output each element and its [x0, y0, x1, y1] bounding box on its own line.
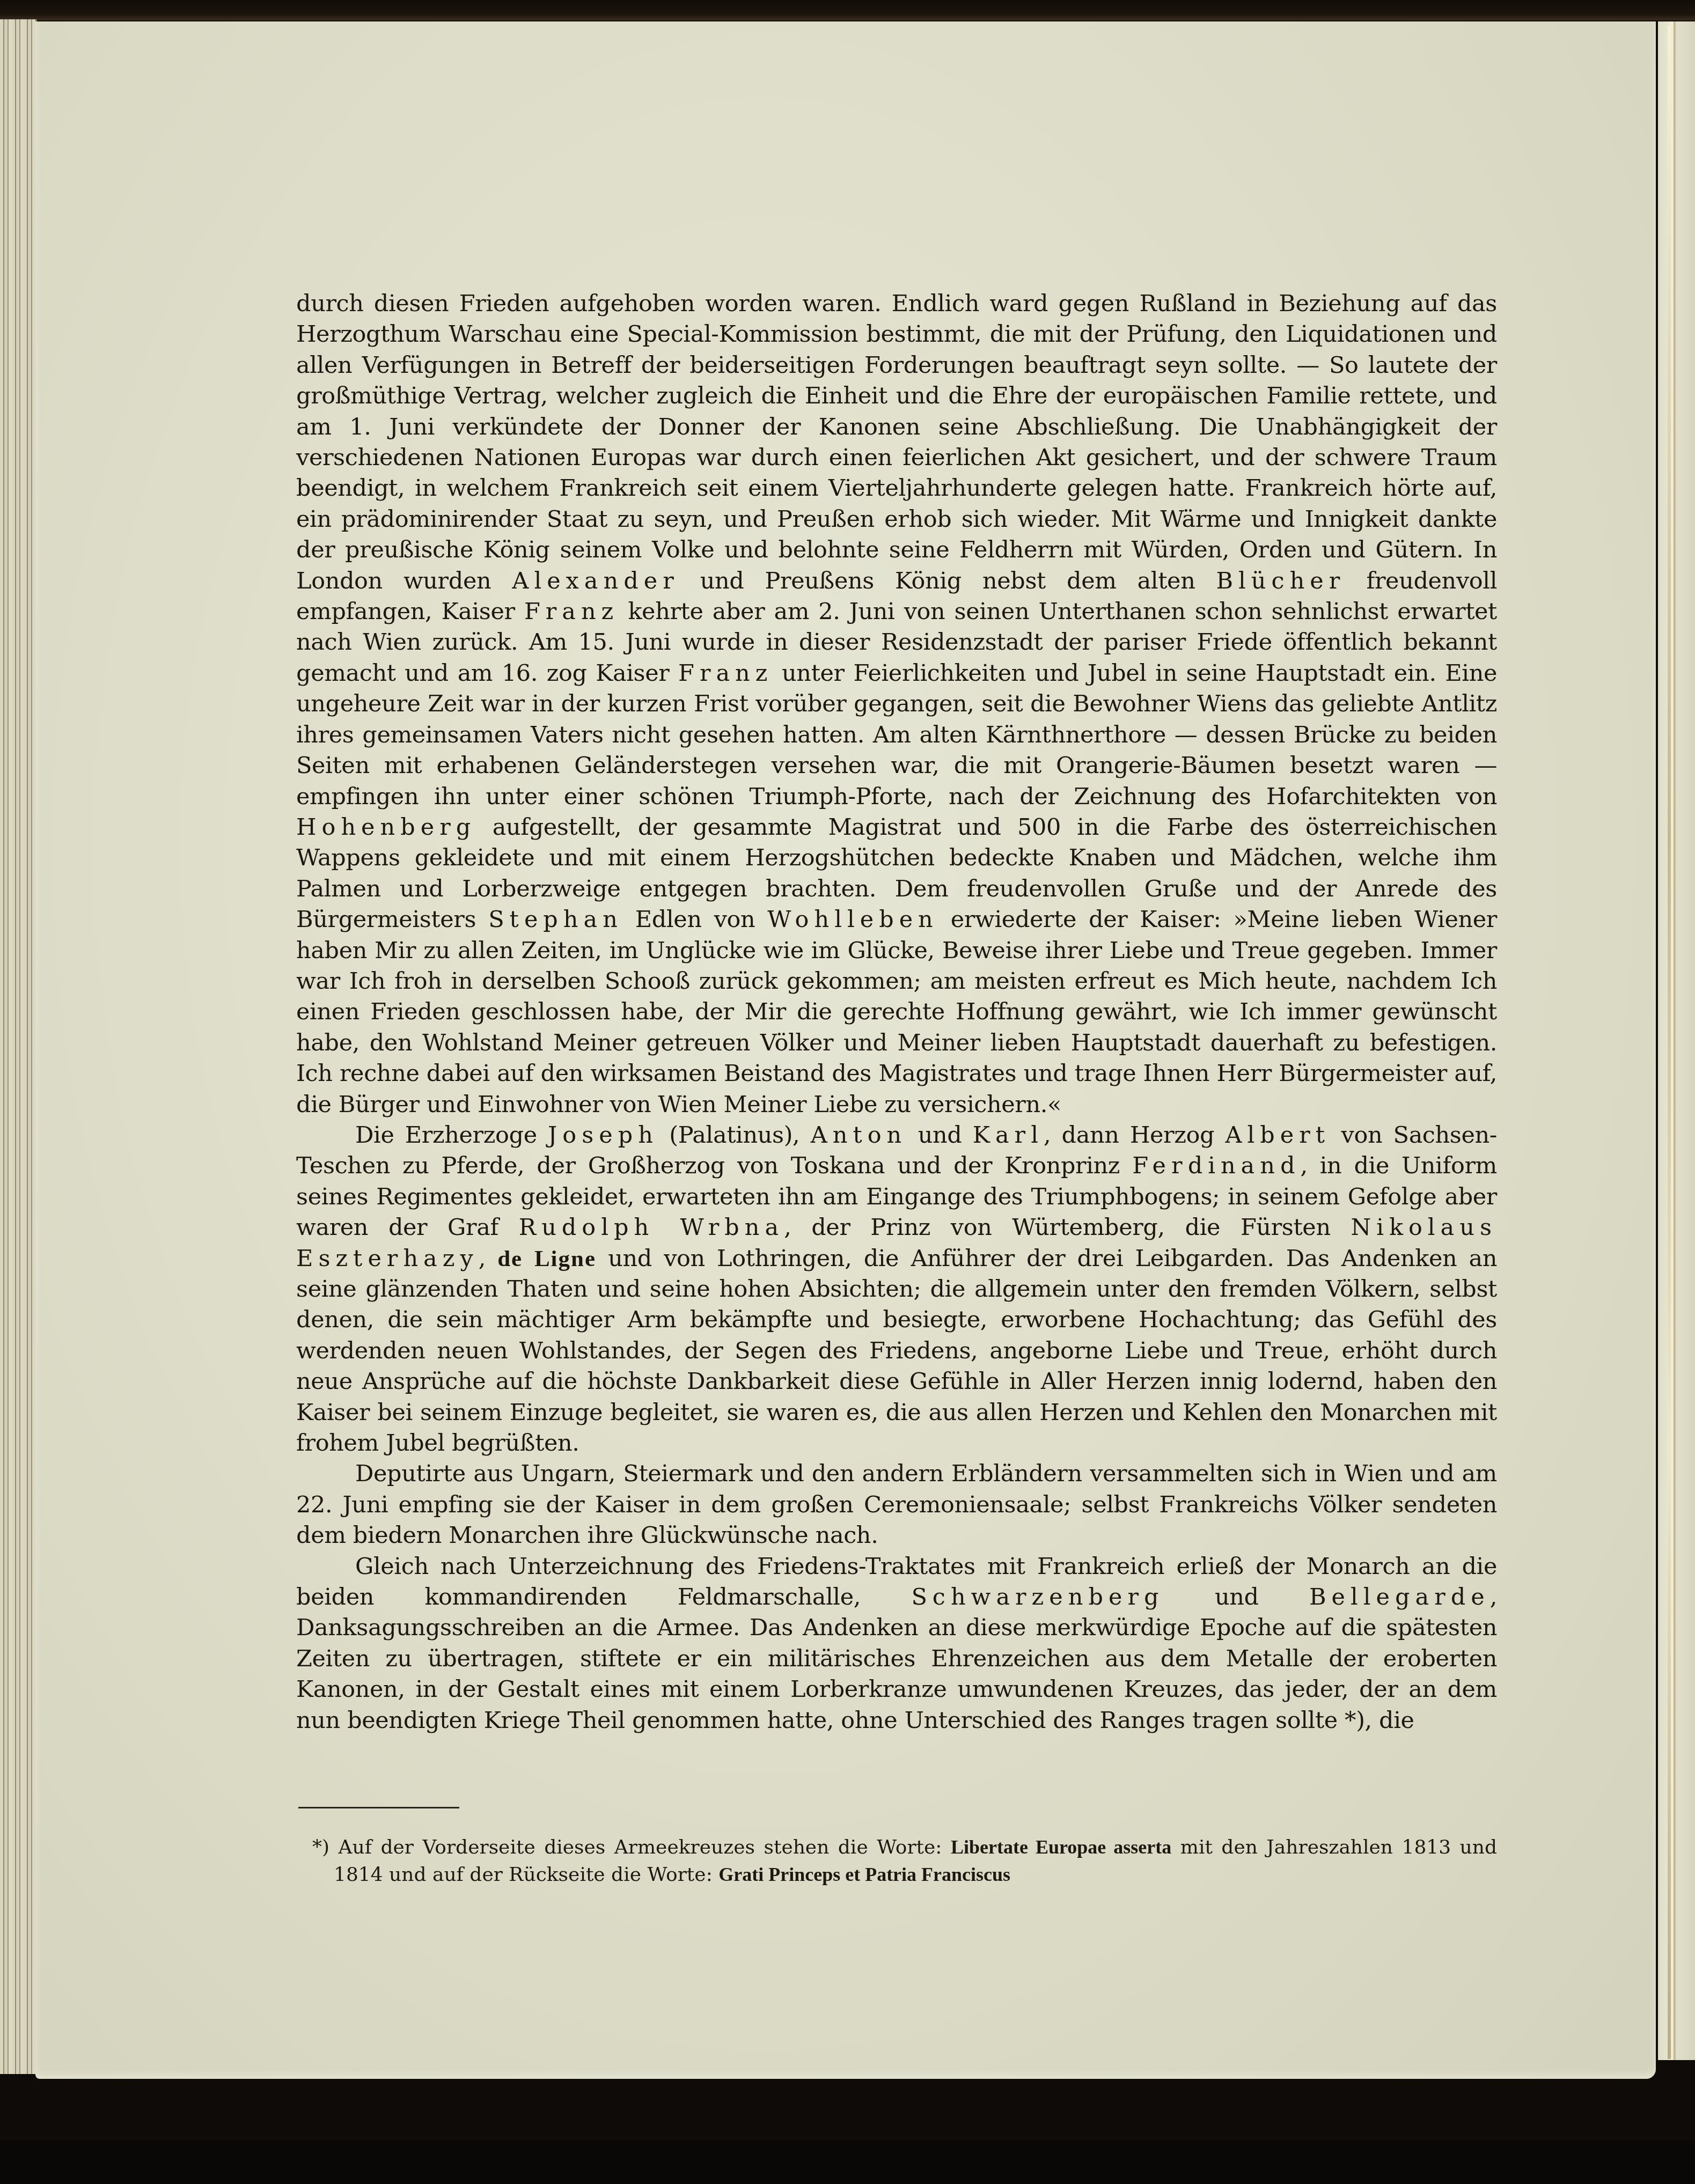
paragraph-1: durch diesen Frieden aufgehoben worden w… [296, 289, 1497, 1120]
text-run: (Palatinus), [658, 1122, 811, 1149]
emphasized-name: Wohlleben [767, 906, 938, 933]
emphasized-name: Ferdinand [1132, 1152, 1300, 1179]
text-run: , [479, 1245, 498, 1272]
paragraph-4: Gleich nach Unterzeichnung des Friedens-… [296, 1551, 1497, 1736]
scan-bottom-edge [0, 2141, 1695, 2184]
footnote-divider [298, 1807, 459, 1808]
text-run: , dann Herzog [1044, 1122, 1226, 1149]
body-text: durch diesen Frieden aufgehoben worden w… [296, 289, 1497, 1736]
emphasized-name: Hohenberg [296, 814, 476, 841]
footnotes: *) Auf der Vorderseite dieses Armeekreuz… [296, 1834, 1497, 1888]
emphasized-name: Karl [973, 1122, 1044, 1149]
latin-text: Grati Princeps et Patria Franciscus [718, 1864, 1010, 1885]
latin-text: Libertate Europae asserta [951, 1836, 1171, 1858]
emphasized-name: Albert [1225, 1122, 1330, 1149]
emphasized-name: Franz [678, 660, 773, 687]
book-top-edge [0, 0, 1695, 20]
text-run: durch diesen Frieden aufgehoben worden w… [296, 290, 1497, 594]
emphasized-name: Alexander [512, 568, 679, 594]
latin-text: de Ligne [497, 1246, 596, 1271]
emphasized-name: Joseph [548, 1122, 658, 1149]
emphasized-name: Schwarzenberg [911, 1584, 1164, 1611]
emphasized-name: Blücher [1216, 568, 1346, 594]
text-run: , der Prinz von Würtemberg, die Fürsten [784, 1214, 1351, 1241]
text-run: und von Lothringen, die Anführer der dre… [296, 1245, 1497, 1457]
emphasized-name: Bellegarde [1309, 1584, 1490, 1611]
text-run: erwiederte der Kaiser: »Meine lieben Wie… [296, 906, 1497, 1117]
book-gutter [1658, 21, 1695, 2060]
gutter-crease [1668, 26, 1671, 2059]
text-run: und [1164, 1584, 1309, 1611]
footnote-marker: *) [312, 1836, 329, 1858]
emphasized-name: Stephan [488, 906, 623, 933]
emphasized-name: Franz [524, 598, 619, 625]
text-run: und [907, 1122, 973, 1149]
text-run: und Preußens König nebst dem alten [679, 568, 1216, 594]
page-stack-edge [0, 19, 37, 2074]
emphasized-name: Rudolph Wrbna [519, 1214, 784, 1241]
text-run: Die Erzherzoge [355, 1122, 548, 1149]
paragraph-3: Deputirte aus Ungarn, Steiermark und den… [296, 1459, 1497, 1551]
footnote-1: *) Auf der Vorderseite dieses Armeekreuz… [296, 1834, 1497, 1888]
text-run: Auf der Vorderseite dieses Armeekreuzes … [329, 1836, 951, 1858]
text-run: Edlen von [623, 906, 767, 933]
text-run: Deputirte aus Ungarn, Steiermark und den… [296, 1460, 1497, 1549]
paragraph-2: Die Erzherzoge Joseph (Palatinus), Anton… [296, 1120, 1497, 1459]
footnote-body: Auf der Vorderseite dieses Armeekreuzes … [329, 1836, 1497, 1886]
emphasized-name: Anton [811, 1122, 907, 1149]
